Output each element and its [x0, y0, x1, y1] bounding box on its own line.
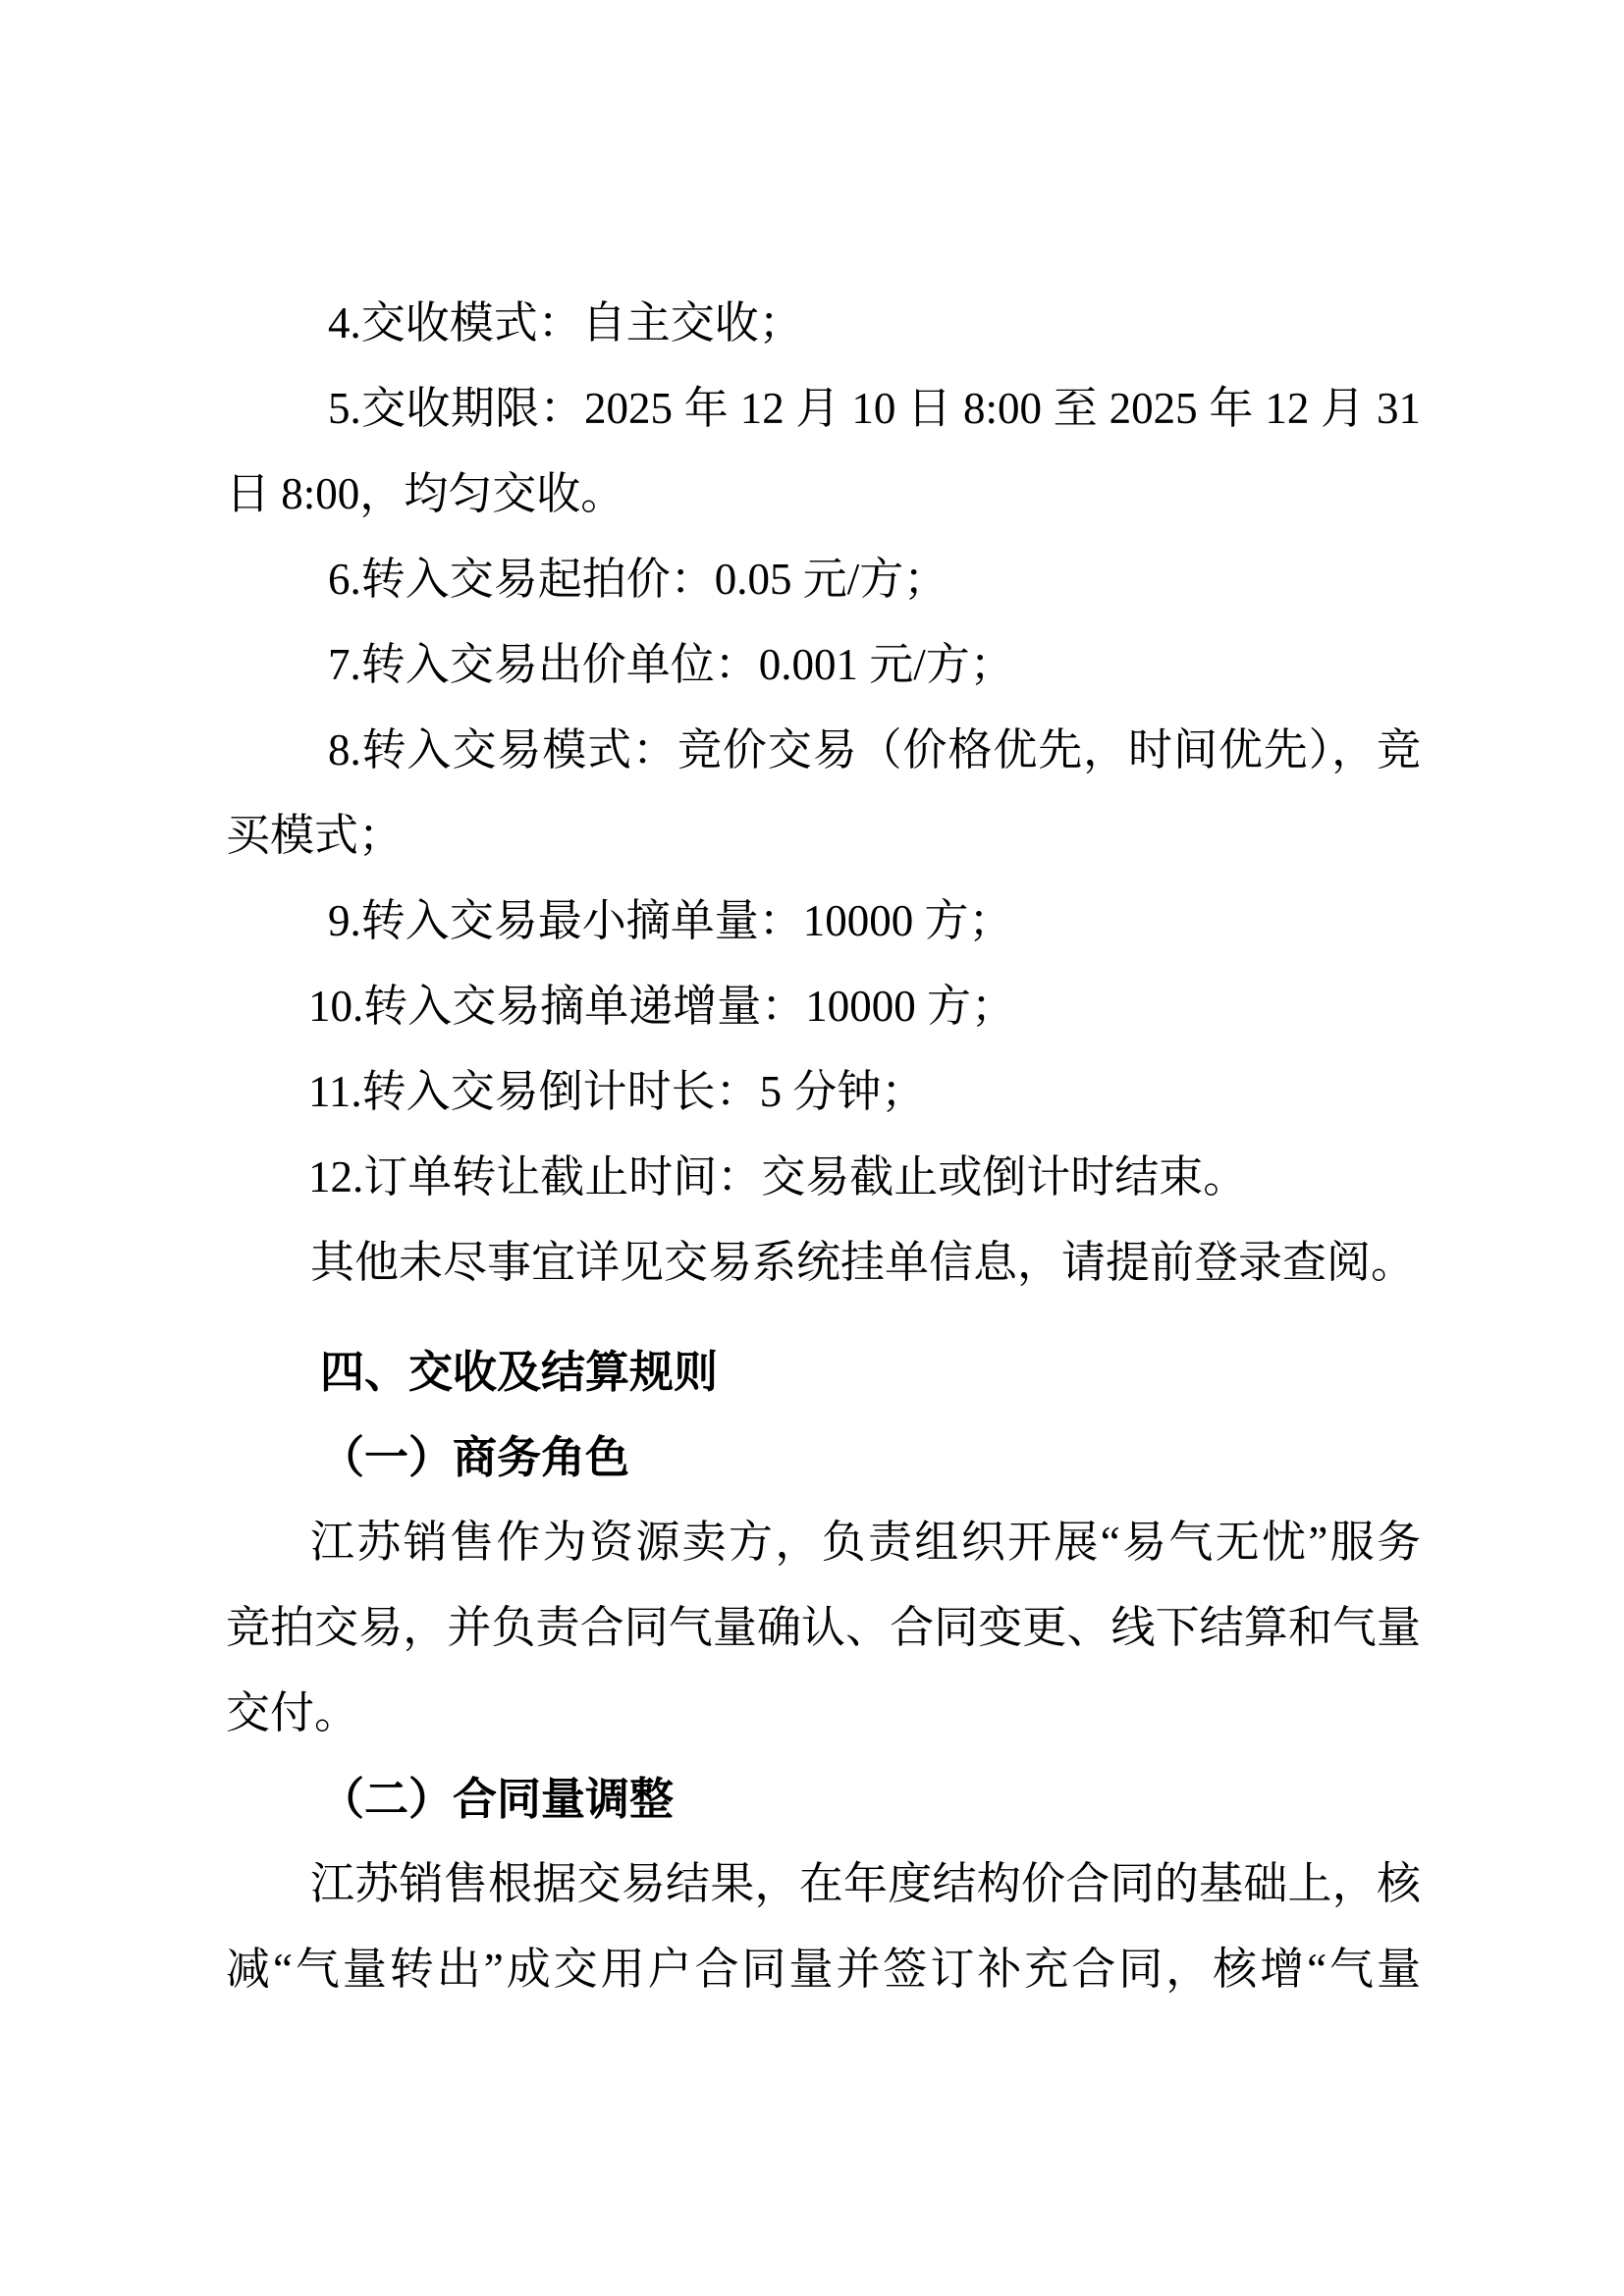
- list-item-10: 10.转入交易摘单递增量：10000 方；: [226, 964, 1421, 1049]
- subsection-heading-2: （二）合同量调整: [226, 1756, 1421, 1842]
- para-business-role-line-1: 江苏销售作为资源卖方，负责组织开展“易气无忧”服务: [226, 1500, 1421, 1585]
- list-item-9: 9.转入交易最小摘单量：10000 方；: [226, 879, 1421, 964]
- list-item-5: 5.交收期限：2025 年 12 月 10 日 8:00 至 2025 年 12…: [226, 366, 1421, 452]
- closing-note: 其他未尽事宜详见交易系统挂单信息，请提前登录查阅。: [226, 1220, 1421, 1306]
- document-page: 4.交收模式：自主交收； 5.交收期限：2025 年 12 月 10 日 8:0…: [0, 0, 1624, 2296]
- list-item-5-continuation: 日 8:00，均匀交收。: [226, 452, 1421, 537]
- section-heading-4: 四、交收及结算规则: [226, 1329, 1421, 1415]
- list-item-6: 6.转入交易起拍价：0.05 元/方；: [226, 537, 1421, 622]
- list-item-8-continuation: 买模式；: [226, 793, 1421, 879]
- list-item-12: 12.订单转让截止时间：交易截止或倒计时结束。: [226, 1135, 1421, 1220]
- para-contract-adjustment-line-1: 江苏销售根据交易结果，在年度结构价合同的基础上，核: [226, 1842, 1421, 1927]
- list-item-8: 8.转入交易模式：竞价交易（价格优先，时间优先），竞: [226, 708, 1421, 793]
- para-business-role-line-3: 交付。: [226, 1671, 1421, 1756]
- para-contract-adjustment-line-2: 减“气量转出”成交用户合同量并签订补充合同，核增“气量: [226, 1927, 1421, 2012]
- list-item-7: 7.转入交易出价单位：0.001 元/方；: [226, 622, 1421, 708]
- para-business-role-line-2: 竞拍交易，并负责合同气量确认、合同变更、线下结算和气量: [226, 1585, 1421, 1671]
- list-item-11: 11.转入交易倒计时长：5 分钟；: [226, 1049, 1421, 1135]
- list-item-4: 4.交收模式：自主交收；: [226, 281, 1421, 366]
- subsection-heading-1: （一）商务角色: [226, 1415, 1421, 1500]
